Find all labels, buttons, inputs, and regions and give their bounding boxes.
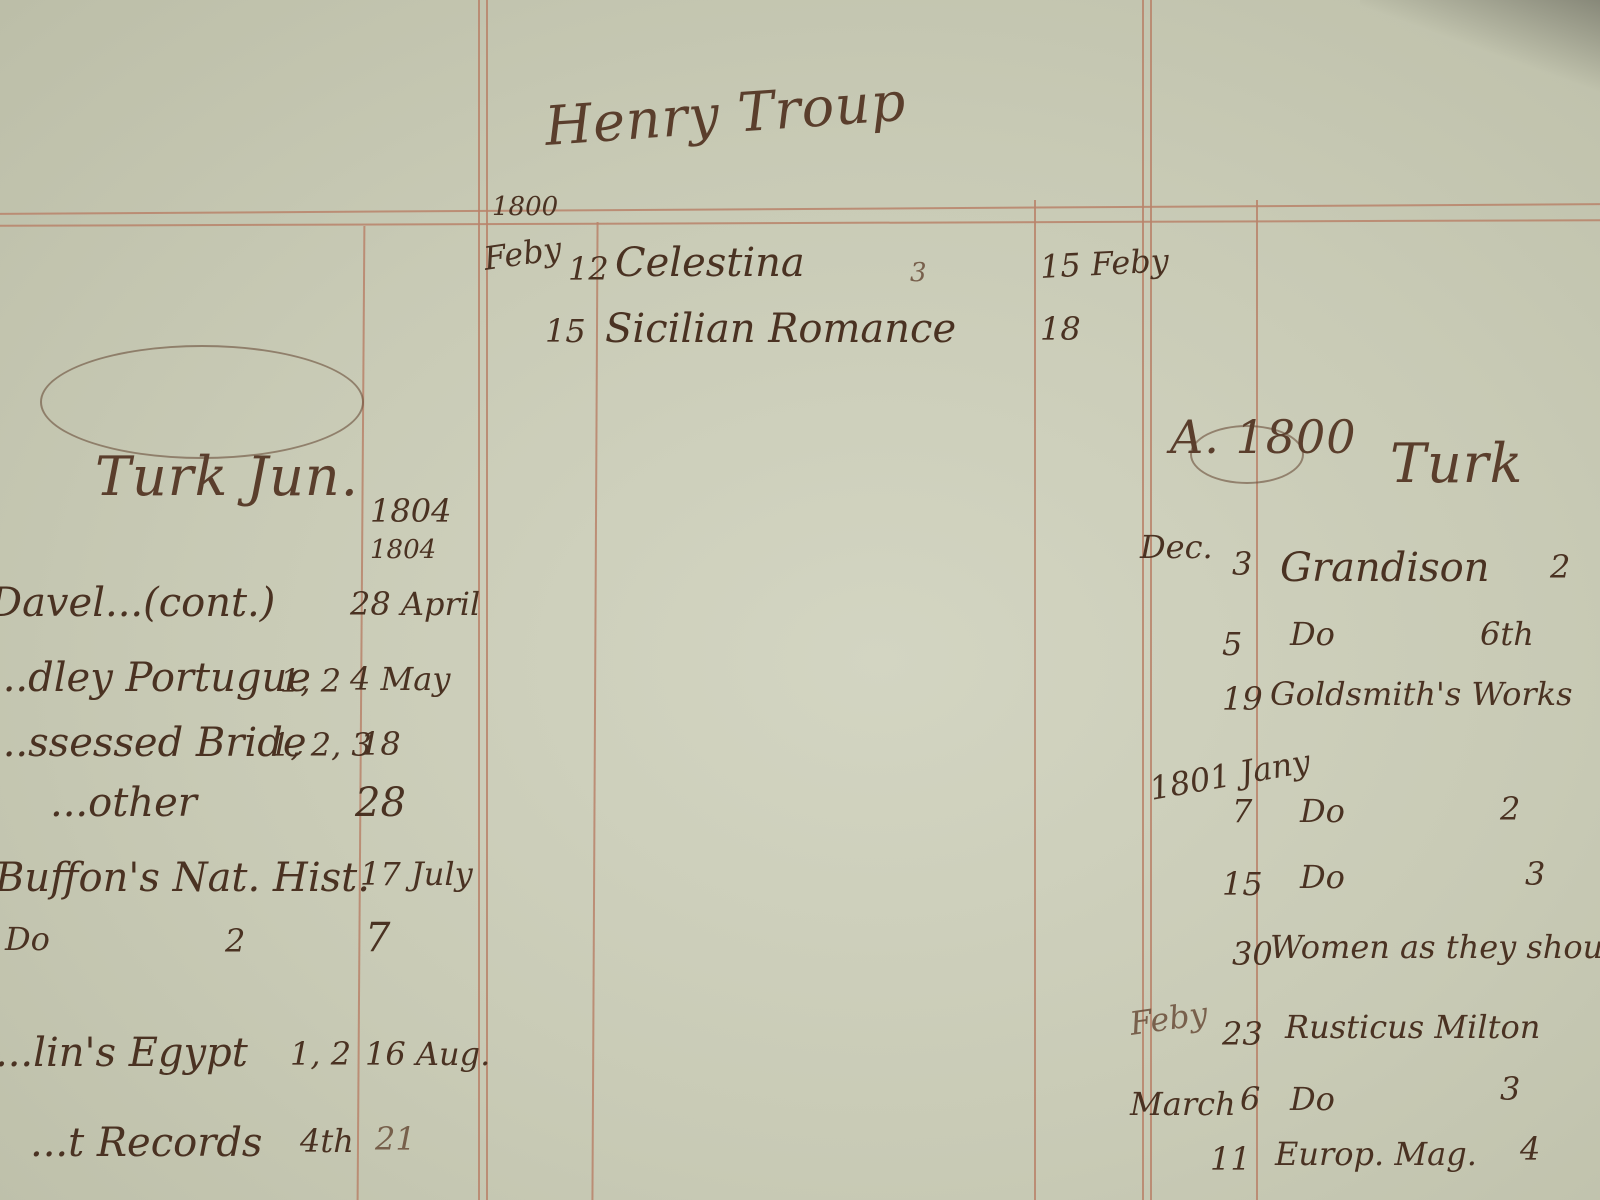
- right-entry-5-title: Do: [1300, 858, 1345, 896]
- right-entry-4-day: 7: [1232, 792, 1252, 830]
- left-entry-5-returned: 17 July: [360, 855, 473, 893]
- left-entry-3-returned: 18: [360, 725, 401, 763]
- left-entry-6-vols: 2: [225, 922, 245, 960]
- left-year-1: 1804: [370, 492, 451, 530]
- right-entry-1-day: 3: [1232, 545, 1252, 583]
- mid-entry-1-returned: 15 Feby: [1039, 241, 1170, 286]
- right-entry-9-day: 11: [1210, 1140, 1251, 1178]
- right-entry-7-month: Feby: [1127, 994, 1209, 1042]
- right-entry-2-vols: 6th: [1480, 615, 1534, 653]
- right-entry-5-vols: 3: [1525, 855, 1545, 893]
- right-entry-3-title: Goldsmith's Works: [1270, 675, 1573, 713]
- right-entry-3-day: 19: [1222, 680, 1263, 718]
- right-entry-6-title: Women as they shou...: [1270, 928, 1600, 966]
- right-heading-turk: Turk: [1390, 432, 1523, 495]
- left-entry-7-returned: 16 Aug.: [365, 1035, 490, 1073]
- right-entry-4-month: 1801 Jany: [1147, 742, 1313, 808]
- page-shadow: [1360, 0, 1600, 120]
- right-entry-4-title: Do: [1300, 792, 1345, 830]
- left-entry-7-vols: 1, 2: [290, 1035, 351, 1073]
- left-entry-8-title: ...t Records: [30, 1120, 262, 1166]
- borrower-name-henry-troup: Henry Troup: [543, 70, 909, 158]
- right-heading-prefix: A. 1800: [1170, 410, 1357, 464]
- right-entry-2-title: Do: [1290, 615, 1335, 653]
- header-rule-bottom: [0, 219, 1600, 227]
- left-entry-2-returned: 4 May: [350, 660, 450, 698]
- right-entry-8-vols: 3: [1500, 1070, 1520, 1108]
- mid-entry-1-month: Feby: [481, 229, 563, 277]
- right-entry-8-title: Do: [1290, 1080, 1335, 1118]
- left-entry-8-returned: 21: [375, 1120, 416, 1158]
- header-rule-top: [0, 203, 1600, 215]
- mid-entry-2-day: 15: [545, 312, 586, 350]
- right-entry-8-month: March: [1130, 1085, 1236, 1123]
- left-entry-1-title: Davel...(cont.): [0, 580, 275, 626]
- right-entry-8-day: 6: [1240, 1080, 1260, 1118]
- mid-year: 1800: [492, 192, 558, 222]
- right-entry-4-vols: 2: [1500, 790, 1520, 828]
- left-year-2: 1804: [370, 535, 436, 565]
- left-entry-4-returned: 28: [355, 780, 406, 826]
- right-entry-1-vols: 2: [1550, 548, 1570, 586]
- mid-entry-2-title: Sicilian Romance: [605, 306, 956, 352]
- right-entry-6-day: 30: [1232, 935, 1273, 973]
- left-entry-1-returned: 28 April: [350, 585, 480, 623]
- left-entry-3-vols: 1, 2, 3: [270, 726, 372, 764]
- ledger-page: Henry Troup 1800 Feby 12 Celestina 3 15 …: [0, 0, 1600, 1200]
- left-entry-2-title: ...dley Portugue: [0, 655, 311, 701]
- left-entry-4-title: ...other: [50, 780, 197, 826]
- mid-return-rule: [1034, 200, 1036, 1200]
- left-entry-7-title: ...lin's Egypt: [0, 1030, 248, 1076]
- mid-date-rule: [591, 222, 598, 1200]
- mid-entry-2-returned: 18: [1040, 310, 1081, 348]
- right-entry-9-title: Europ. Mag.: [1275, 1135, 1477, 1173]
- left-entry-6-returned: 7: [365, 915, 390, 961]
- column-divider-left-2: [486, 0, 488, 1200]
- mid-entry-1-vols: 3: [910, 258, 927, 288]
- left-entry-5-title: Buffon's Nat. Hist.: [0, 855, 370, 901]
- mid-entry-1-title: Celestina: [615, 240, 805, 286]
- left-entry-6-title: Do: [5, 920, 50, 958]
- left-heading-flourish: [40, 345, 364, 459]
- mid-entry-1-day: 12: [568, 250, 609, 288]
- left-entry-8-vols: 4th: [300, 1122, 354, 1160]
- left-heading-turk-jun: Turk Jun.: [95, 445, 359, 508]
- right-entry-7-title: Rusticus Milton: [1285, 1008, 1540, 1046]
- right-entry-9-vols: 4: [1520, 1130, 1540, 1168]
- right-entry-1-month: Dec.: [1140, 528, 1213, 566]
- right-entry-1-title: Grandison: [1280, 545, 1489, 591]
- right-entry-5-day: 15: [1222, 865, 1263, 903]
- left-entry-3-title: ...ssessed Bride: [0, 720, 307, 766]
- right-entry-7-day: 23: [1222, 1015, 1263, 1053]
- left-entry-2-vols: 1, 2: [280, 662, 341, 700]
- right-entry-2-day: 5: [1222, 625, 1242, 663]
